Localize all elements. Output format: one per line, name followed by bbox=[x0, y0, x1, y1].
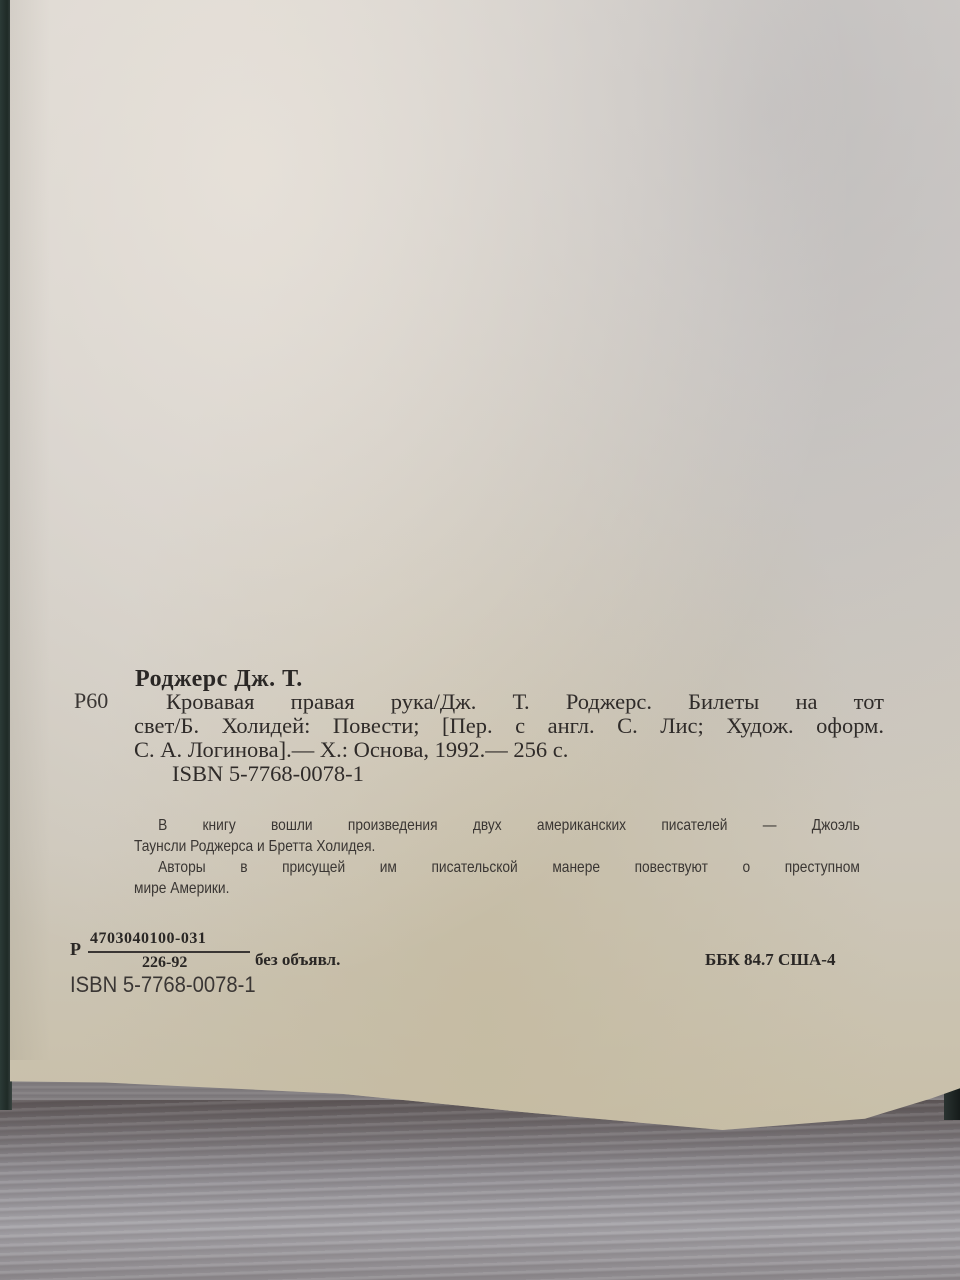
imprint-numerator: 4703040100-031 bbox=[90, 930, 206, 948]
classification-code: Р60 bbox=[74, 688, 108, 714]
annotation-line: Авторы в присущей им писательской манере… bbox=[134, 857, 860, 878]
annotation-line: Таунсли Роджерса и Бретта Холидея. bbox=[134, 836, 860, 857]
bib-line: Кровавая правая рука/Дж. Т. Роджерс. Бил… bbox=[134, 690, 884, 714]
page-gutter-shadow bbox=[10, 0, 50, 1060]
imprint-isbn: ISBN 5-7768-0078-1 bbox=[70, 972, 256, 998]
imprint-denominator: 226-92 bbox=[142, 954, 187, 972]
fraction-line bbox=[88, 951, 250, 953]
annotation-line: В книгу вошли произведения двух американ… bbox=[134, 815, 860, 836]
imprint-prefix: Р bbox=[70, 939, 81, 960]
bib-line: С. А. Логинова].— Х.: Основа, 1992.— 256… bbox=[134, 738, 884, 762]
bibliographic-description: Кровавая правая рука/Дж. Т. Роджерс. Бил… bbox=[134, 690, 884, 786]
annotation-line: мире Америки. bbox=[134, 878, 860, 899]
table-surface-foreground bbox=[0, 1100, 960, 1280]
annotation: В книгу вошли произведения двух американ… bbox=[134, 815, 758, 899]
bbk-code: ББК 84.7 США-4 bbox=[705, 950, 835, 970]
bib-line: свет/Б. Холидей: Повести; [Пер. с англ. … bbox=[134, 714, 884, 738]
imprint-note: без объявл. bbox=[255, 950, 340, 970]
bib-isbn: ISBN 5-7768-0078-1 bbox=[134, 762, 884, 786]
